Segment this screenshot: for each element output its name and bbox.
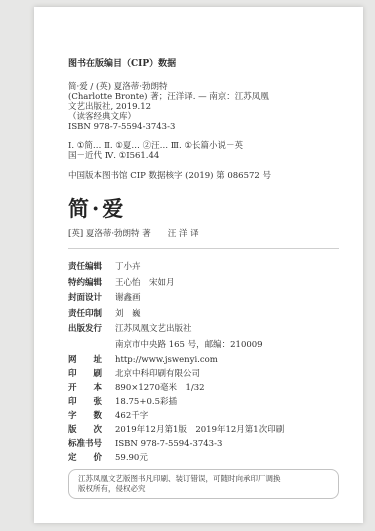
spec-row: 标准书号 ISBN 978-7-5594-3743-3 [68,439,339,449]
spec-label: 字 数 [68,411,115,421]
spec-row: 网 址 http://www.jswenyi.com [68,355,339,365]
credit-row: 责任编辑 丁小卉 [68,262,339,272]
publication-specs-list: 网 址 http://www.jswenyi.com 印 刷 北京中科印刷有限公… [68,355,339,463]
spec-row: 字 数 462千字 [68,411,339,421]
credits-list: 责任编辑 丁小卉 特约编辑 王心怡 宋如月 封面设计 谢鑫画 责任印制 刘 巍 … [68,262,339,350]
spec-label: 网 址 [68,355,115,365]
cip-block: 图书在版编目（CIP）数据 简·爱 / (英) 夏洛蒂·勃朗特 (Charlot… [68,59,339,181]
spec-label: 定 价 [68,453,115,463]
copyright-page: 图书在版编目（CIP）数据 简·爱 / (英) 夏洛蒂·勃朗特 (Charlot… [34,7,363,523]
spec-label: 标准书号 [68,439,115,449]
spec-label: 印 刷 [68,369,115,379]
cip-record-line: 文艺出版社, 2019.12 [68,102,339,112]
spec-value: ISBN 978-7-5594-3743-3 [115,439,222,449]
spec-value: http://www.jswenyi.com [115,355,218,365]
credit-value: 刘 巍 [115,309,141,319]
credit-row: 责任印制 刘 巍 [68,309,339,319]
spec-value: 462千字 [115,411,148,421]
cip-record-line: （读客经典文库） [68,112,339,122]
spec-row: 版 次 2019年12月第1版 2019年12月第1次印刷 [68,425,339,435]
credit-label: 封面设计 [68,293,115,303]
spec-row: 印 刷 北京中科印刷有限公司 [68,369,339,379]
credit-label: 责任印制 [68,309,115,319]
spec-row: 印 张 18.75+0.5彩插 [68,397,339,407]
credit-row-address: 南京市中央路 165 号，邮编：210009 [68,340,339,350]
cip-record-line: 简·爱 / (英) 夏洛蒂·勃朗特 [68,82,339,92]
credit-value: 江苏凤凰文艺出版社 [115,324,192,334]
credit-row: 出版发行 江苏凤凰文艺出版社 [68,324,339,334]
credit-label [68,340,115,350]
notice-line: 江苏凤凰文艺版图书凡印刷、装订错误，可随时向承印厂调换 [78,474,329,484]
spec-value: 59.90元 [115,453,148,463]
spec-value: 2019年12月第1版 2019年12月第1次印刷 [115,425,284,435]
cip-header: 图书在版编目（CIP）数据 [68,59,339,70]
credit-value: 王心怡 宋如月 [115,278,175,288]
spec-value: 890×1270毫米 1/32 [115,383,205,393]
cip-record-line: ISBN 978-7-5594-3743-3 [68,122,339,132]
credit-label: 责任编辑 [68,262,115,272]
footer-notice-box: 江苏凤凰文艺版图书凡印刷、装订错误，可随时向承印厂调换 版权所有，侵权必究 [68,469,339,499]
publisher-address: 南京市中央路 165 号，邮编：210009 [115,340,263,350]
spec-row: 定 价 59.90元 [68,453,339,463]
spec-row: 开 本 890×1270毫米 1/32 [68,383,339,393]
credit-value: 丁小卉 [115,262,141,272]
credit-row: 封面设计 谢鑫画 [68,293,339,303]
cip-record-line: (Charlotte Bronte) 著；汪洋译. — 南京：江苏凤凰 [68,92,339,102]
spec-value: 北京中科印刷有限公司 [115,369,200,379]
credit-label: 特约编辑 [68,278,115,288]
credit-value: 谢鑫画 [115,293,141,303]
cip-class-line: 国－近代 Ⅳ. ①I561.44 [68,151,339,161]
spec-label: 版 次 [68,425,115,435]
book-title: 简·爱 [68,197,339,221]
spec-label: 开 本 [68,383,115,393]
spec-value: 18.75+0.5彩插 [115,397,177,407]
credit-label: 出版发行 [68,324,115,334]
cip-classification: Ⅰ. ①简… Ⅱ. ①夏… ②汪… Ⅲ. ①长篇小说－英 国－近代 Ⅳ. ①I5… [68,141,339,161]
cip-class-line: Ⅰ. ①简… Ⅱ. ①夏… ②汪… Ⅲ. ①长篇小说－英 [68,141,339,151]
notice-line: 版权所有，侵权必究 [78,484,329,494]
divider [68,248,339,249]
author-byline: [英] 夏洛蒂·勃朗特 著 汪 洋 译 [68,229,339,239]
spec-label: 印 张 [68,397,115,407]
credit-row: 特约编辑 王心怡 宋如月 [68,278,339,288]
cip-record: 简·爱 / (英) 夏洛蒂·勃朗特 (Charlotte Bronte) 著；汪… [68,82,339,132]
cip-registry-number: 中国版本图书馆 CIP 数据核字 (2019) 第 086572 号 [68,171,339,181]
